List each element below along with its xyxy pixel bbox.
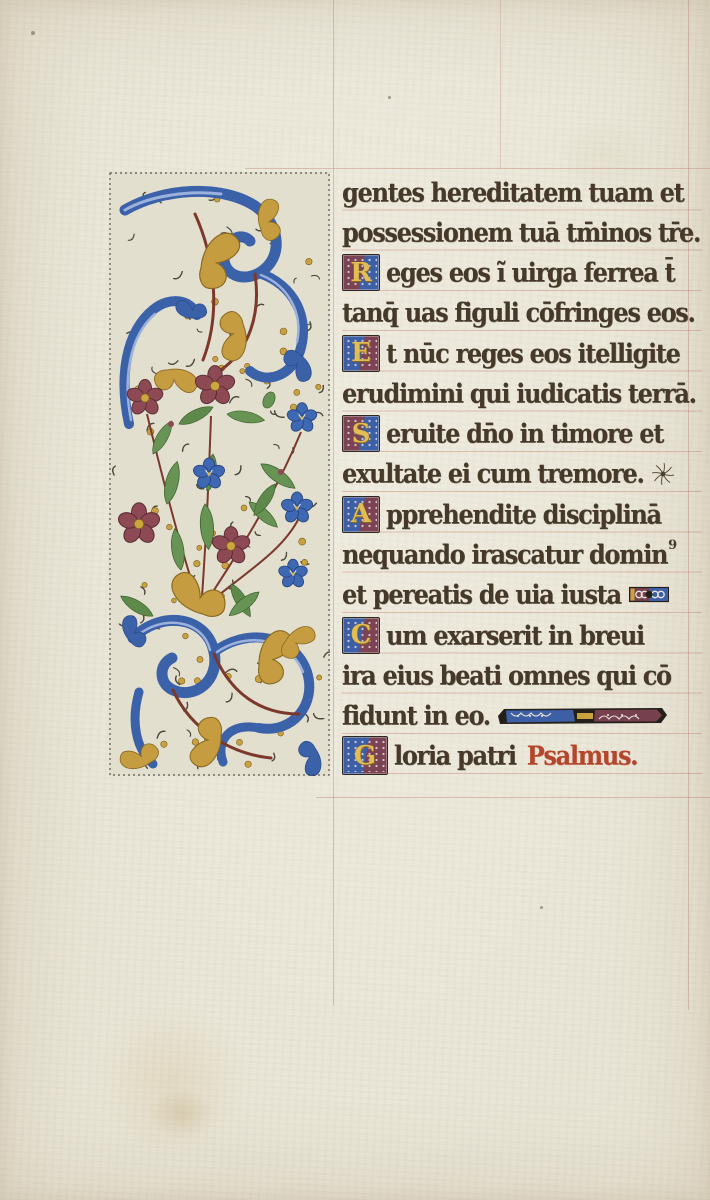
manuscript-text-line: erudimini qui iudicatis terrā. (342, 373, 702, 413)
manuscript-text-line: possessionem tuā tm̄inos tr̄e. (342, 212, 702, 252)
parchment-speck (388, 96, 391, 99)
line-text: nequando irascatur domin (342, 539, 667, 570)
illuminated-initial-e: E (342, 335, 380, 372)
manuscript-page: gentes hereditatem tuam etpossessionem t… (0, 0, 710, 1200)
line-text: fidunt in eo. (342, 700, 490, 731)
manuscript-text-line: Gloria patriPsalmus. (342, 736, 702, 776)
line-text: pprehendite disciplinā (386, 499, 661, 530)
line-text: loria patri (394, 740, 516, 771)
manuscript-text-line: exultate ei cum tremore. (342, 454, 702, 494)
blue-gold-maroon-line-filler (498, 707, 668, 725)
line-text: eges eos ĩ uirga ferrea t̄ (386, 257, 674, 288)
line-text: um exarserit in breui (386, 620, 644, 651)
manuscript-text-line: gentes hereditatem tuam et (342, 172, 702, 212)
initial-letter: C (351, 622, 372, 648)
manuscript-text-line: Seruite dn̄o in timore et (342, 414, 702, 454)
parchment-speck (540, 906, 543, 909)
line-text: tanq̄ uas figuli cōfringes eos. (342, 297, 695, 328)
ruling-line-vertical-left (333, 0, 334, 1005)
penwork-spider-icon (652, 463, 674, 485)
manuscript-text-line: ira eius beati omnes qui cō (342, 655, 702, 695)
manuscript-text-line: Cum exarserit in breui (342, 615, 702, 655)
line-text: eruite dn̄o in timore et (386, 418, 663, 449)
line-text: ira eius beati omnes qui cō (342, 660, 671, 691)
ruling-line-horizontal-bottom (316, 797, 710, 798)
line-text: t nūc reges eos itelligite (386, 338, 680, 369)
illuminated-initial-r: R (342, 254, 380, 291)
initial-letter: A (351, 501, 371, 527)
ruling-line-horizontal-top (245, 168, 710, 169)
manuscript-text-line: Reges eos ĩ uirga ferrea t̄ (342, 253, 702, 293)
line-text: erudimini qui iudicatis terrā. (342, 378, 696, 409)
parchment-stain (96, 1005, 246, 1160)
manuscript-text-line: tanq̄ uas figuli cōfringes eos. (342, 293, 702, 333)
illuminated-floral-border (109, 172, 330, 776)
manuscript-text-line: et pereatis de uia iusta (342, 575, 702, 615)
abbreviation-mark: 9 (668, 538, 677, 553)
illuminated-initial-a: A (342, 496, 380, 533)
initial-letter: G (354, 743, 376, 769)
maroon-blue-line-filler (629, 586, 669, 603)
initial-letter: S (352, 421, 371, 447)
initial-letter: R (350, 260, 372, 286)
manuscript-text-line: fidunt in eo. (342, 695, 702, 735)
line-text: possessionem tuā tm̄inos tr̄e. (342, 217, 700, 248)
manuscript-text-line: Et nūc reges eos itelligite (342, 333, 702, 373)
parchment-speck (31, 31, 35, 35)
initial-letter: E (351, 340, 371, 366)
line-text: exultate ei cum tremore. (342, 458, 644, 489)
line-text: gentes hereditatem tuam et (342, 177, 683, 208)
line-text: et pereatis de uia iusta (342, 579, 621, 610)
illuminated-initial-g: G (342, 736, 388, 775)
parchment-stain (148, 1088, 214, 1140)
manuscript-text-line: Apprehendite disciplinā (342, 494, 702, 534)
ruling-line-vertical-topmargin (500, 0, 501, 169)
text-column: gentes hereditatem tuam etpossessionem t… (342, 172, 702, 776)
rubric-text: Psalmus. (527, 740, 638, 771)
illuminated-initial-s: S (342, 415, 380, 452)
illuminated-initial-c: C (342, 617, 380, 654)
manuscript-text-line: nequando irascatur domin9 (342, 534, 702, 574)
